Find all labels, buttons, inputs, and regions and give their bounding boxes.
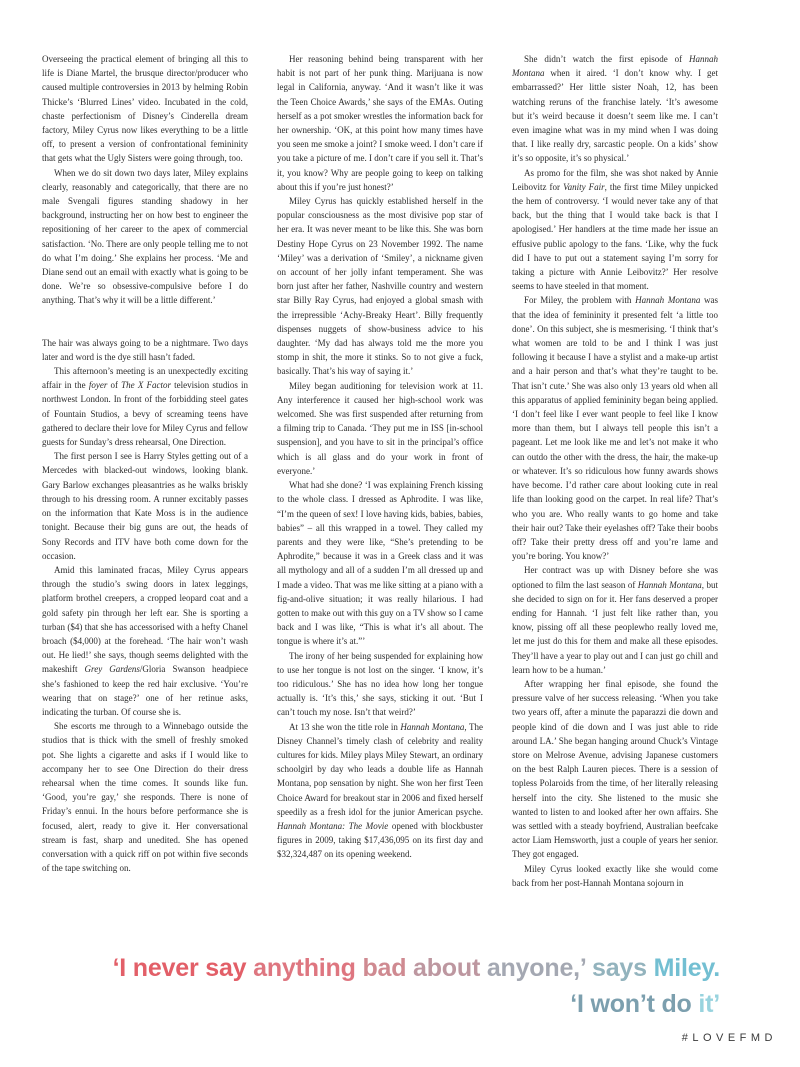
paragraph: Overseeing the practical element of brin… xyxy=(42,52,248,166)
column-2: Her reasoning behind being transparent w… xyxy=(277,52,483,890)
paragraph: At 13 she won the title role in Hannah M… xyxy=(277,720,483,862)
paragraph: After wrapping her final episode, she fo… xyxy=(512,677,718,862)
paragraph: The first person I see is Harry Styles g… xyxy=(42,449,248,563)
column-3: She didn’t watch the first episode of Ha… xyxy=(512,52,718,890)
watermark-lovefmd: #LOVEFMD xyxy=(682,1032,777,1044)
pull-quote-line-2: ‘I won’t do it’ xyxy=(40,986,720,1022)
magazine-page: Overseeing the practical element of brin… xyxy=(0,0,800,1067)
paragraph: When we do sit down two days later, Mile… xyxy=(42,166,248,308)
pull-quote: ‘I never say anything bad about anyone,’… xyxy=(40,950,720,1022)
paragraph: For Miley, the problem with Hannah Monta… xyxy=(512,293,718,563)
paragraph: Her contract was up with Disney before s… xyxy=(512,563,718,677)
paragraph: The irony of her being suspended for exp… xyxy=(277,649,483,720)
paragraph: She didn’t watch the first episode of Ha… xyxy=(512,52,718,166)
paragraph: What had she done? ‘I was explaining Fre… xyxy=(277,478,483,648)
paragraph: Amid this laminated fracas, Miley Cyrus … xyxy=(42,563,248,719)
paragraph: She escorts me through to a Winnebago ou… xyxy=(42,719,248,875)
paragraph: Miley Cyrus looked exactly like she woul… xyxy=(512,862,718,890)
paragraph: Her reasoning behind being transparent w… xyxy=(277,52,483,194)
pull-quote-line-1: ‘I never say anything bad about anyone,’… xyxy=(40,950,720,986)
paragraph: The hair was always going to be a nightm… xyxy=(42,336,248,364)
paragraph: Miley began auditioning for television w… xyxy=(277,379,483,478)
column-1: Overseeing the practical element of brin… xyxy=(42,52,248,890)
paragraph: Miley Cyrus has quickly established hers… xyxy=(277,194,483,379)
article-body: Overseeing the practical element of brin… xyxy=(42,52,720,890)
paragraph: As promo for the film, she was shot nake… xyxy=(512,166,718,294)
paragraph: This afternoon’s meeting is an unexpecte… xyxy=(42,364,248,449)
